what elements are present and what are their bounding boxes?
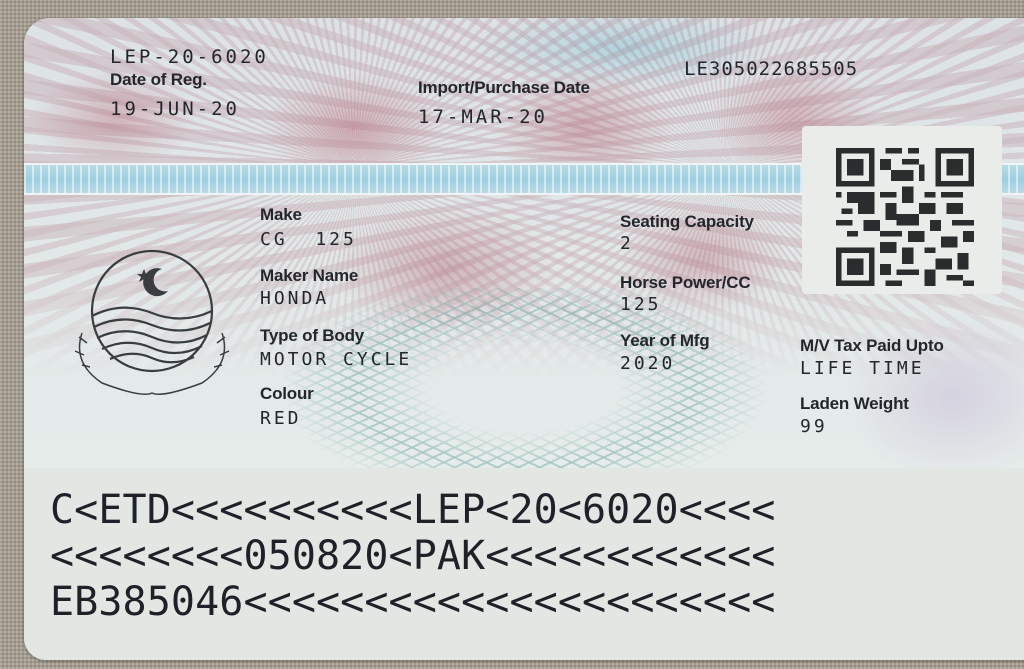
horse-power-cc-label: Horse Power/CC [620,273,750,293]
date-of-reg-value: 19-JUN-20 [110,98,240,120]
year-of-mfg-value: 2020 [620,353,675,374]
tax-paid-upto-value: LIFE TIME [800,358,925,379]
make-label: Make [260,205,302,225]
mrz-line-3: EB385046<<<<<<<<<<<<<<<<<<<<<< [50,582,775,622]
horse-power-cc-value: 125 [620,294,662,315]
date-of-reg-label: Date of Reg. [110,70,207,90]
maker-name-value: HONDA [260,288,329,309]
maker-name-label: Maker Name [260,266,358,286]
tax-paid-upto-label: M/V Tax Paid Upto [800,336,944,356]
chassis-number: LE305022685505 [684,58,858,80]
qr-code-icon [832,148,978,286]
seating-capacity-label: Seating Capacity [620,212,754,232]
government-of-punjab-emblem-icon [62,243,242,403]
registration-number: LEP-20-6020 [110,46,269,68]
colour-label: Colour [260,384,314,404]
colour-value: RED [260,408,302,429]
make-value: CG 125 [260,229,357,250]
laden-weight-label: Laden Weight [800,394,909,414]
guilloche-lines [224,288,824,468]
year-of-mfg-label: Year of Mfg [620,331,709,351]
mrz-line-2: <<<<<<<<050820<PAK<<<<<<<<<<<< [50,536,775,576]
laden-weight-value: 99 [800,416,828,437]
type-of-body-label: Type of Body [260,326,364,346]
type-of-body-value: MOTOR CYCLE [260,349,412,370]
mrz-line-1: C<ETD<<<<<<<<<<LEP<20<6020<<<< [50,490,775,530]
import-purchase-date-value: 17-MAR-20 [418,106,548,128]
registration-card: LEP-20-6020 Date of Reg. 19-JUN-20 Impor… [24,18,1024,660]
import-purchase-date-label: Import/Purchase Date [418,78,590,98]
seating-capacity-value: 2 [620,233,634,254]
